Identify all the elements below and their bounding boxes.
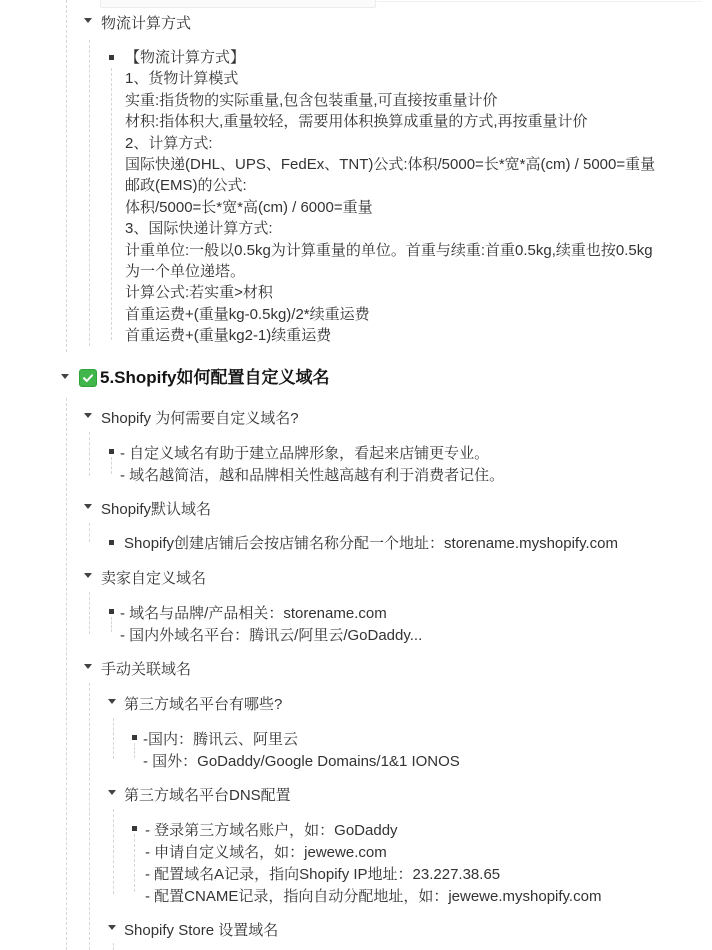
collapse-triangle-icon[interactable] (84, 664, 92, 669)
guide-line-root-top (66, 0, 67, 352)
collapse-triangle-icon[interactable] (84, 18, 92, 23)
node-title-third-party-platforms[interactable]: 第三方域名平台有哪些? (124, 694, 282, 715)
cutoff-content-above (100, 0, 376, 8)
text-line[interactable]: 3、国际快递计算方式: (125, 218, 655, 239)
text-line[interactable]: 【物流计算方式】 (125, 47, 655, 68)
node-note-why[interactable]: - 自定义域名有助于建立品牌形象，看起来店铺更专业。- 域名越简洁，越和品牌相关… (120, 443, 504, 487)
collapse-triangle-icon[interactable] (84, 504, 92, 509)
collapse-triangle-icon[interactable] (108, 699, 116, 704)
collapse-triangle-icon[interactable] (108, 925, 116, 930)
node-title-dns-config[interactable]: 第三方域名平台DNS配置 (124, 785, 291, 806)
text-line[interactable]: - 申请自定义域名，如：jewewe.com (145, 842, 601, 864)
bullet-icon[interactable] (109, 609, 114, 614)
text-line[interactable]: - 域名越简洁，越和品牌相关性越高越有利于消费者记住。 (120, 465, 504, 487)
text-line[interactable]: 首重运费+(重量kg-0.5kg)/2*续重运费 (125, 304, 655, 325)
collapse-triangle-icon[interactable] (108, 790, 116, 795)
checked-checkbox-icon[interactable] (79, 369, 97, 387)
guide-line-why-children (89, 432, 90, 476)
collapse-triangle-icon[interactable] (84, 413, 92, 418)
guide-line-why-note (111, 457, 112, 474)
text-line[interactable]: - 自定义域名有助于建立品牌形象，看起来店铺更专业。 (120, 443, 504, 465)
bullet-icon[interactable] (132, 826, 137, 831)
node-title-logistics[interactable]: 物流计算方式 (101, 13, 191, 34)
guide-line-logistics-body (111, 68, 112, 340)
text-line[interactable]: 国际快递(DHL、UPS、FedEx、TNT)公式:体积/5000=长*宽*高(… (125, 154, 655, 175)
text-line[interactable]: - 国外：GoDaddy/Google Domains/1&1 IONOS (143, 751, 460, 773)
node-heading-shopify[interactable]: 5.Shopify如何配置自定义域名 (79, 367, 330, 389)
guide-line-dns-children (113, 809, 114, 894)
node-body-logistics[interactable]: 【物流计算方式】1、货物计算模式实重:指货物的实际重量,包含包装重量,可直接按重… (125, 47, 655, 347)
collapse-triangle-icon[interactable] (61, 374, 69, 379)
guide-line-store-children-stub (113, 943, 114, 950)
guide-line-dns-note (134, 834, 135, 892)
text-line[interactable]: 1、货物计算模式 (125, 68, 655, 89)
node-note-dns-config[interactable]: - 登录第三方域名账户，如：GoDaddy- 申请自定义域名，如：jewewe.… (145, 820, 601, 908)
text-line[interactable]: - 配置CNAME记录，指向自动分配地址，如：jewewe.myshopify.… (145, 886, 601, 908)
text-line[interactable]: 计算公式:若实重>材积 (125, 282, 655, 303)
node-title-default-domain[interactable]: Shopify默认域名 (101, 499, 211, 520)
text-line[interactable]: - 登录第三方域名账户，如：GoDaddy (145, 820, 601, 842)
text-line[interactable]: 首重运费+(重量kg2-1)续重运费 (125, 325, 655, 346)
node-title-why[interactable]: Shopify 为何需要自定义域名? (101, 408, 299, 429)
guide-line-shopify-children (66, 398, 67, 950)
bullet-icon[interactable] (109, 449, 114, 454)
guide-line-seller-note (111, 617, 112, 632)
bullet-icon[interactable] (109, 540, 114, 545)
node-title-manual-link[interactable]: 手动关联域名 (101, 659, 191, 680)
text-line[interactable]: 材积:指体积大,重量较轻，需要用体积换算成重量的方式,再按重量计价 (125, 111, 655, 132)
text-line[interactable]: - 国内外域名平台：腾讯云/阿里云/GoDaddy... (120, 625, 422, 647)
node-note-seller-custom[interactable]: - 域名与品牌/产品相关：storename.com- 国内外域名平台：腾讯云/… (120, 603, 422, 647)
node-title-seller-custom[interactable]: 卖家自定义域名 (101, 568, 206, 589)
text-line[interactable]: 邮政(EMS)的公式: (125, 175, 655, 196)
guide-line-seller-children (89, 592, 90, 634)
node-note-default-domain[interactable]: Shopify创建店铺后会按店铺名称分配一个地址：storename.mysho… (124, 533, 618, 555)
text-line[interactable]: -国内：腾讯云、阿里云 (143, 729, 460, 751)
bullet-icon[interactable] (109, 55, 114, 60)
guide-line-default-children (89, 523, 90, 542)
node-title-store-setting[interactable]: Shopify Store 设置域名 (124, 920, 278, 941)
text-line[interactable]: 体积/5000=长*宽*高(cm) / 6000=重量 (125, 197, 655, 218)
collapse-triangle-icon[interactable] (84, 573, 92, 578)
text-line[interactable]: 为一个单位递塔。 (125, 261, 655, 282)
text-line[interactable]: - 域名与品牌/产品相关：storename.com (120, 603, 422, 625)
text-line[interactable]: - 配置域名A记录，指向Shopify IP地址：23.227.38.65 (145, 864, 601, 886)
guide-line-logistics-children (89, 40, 90, 346)
guide-line-manual-children (89, 683, 90, 950)
text-line[interactable]: 实重:指货物的实际重量,包含包装重量,可直接按重量计价 (125, 90, 655, 111)
cutoff-content-line (377, 1, 702, 2)
bullet-icon[interactable] (132, 735, 137, 740)
text-line[interactable]: 计重单位:一般以0.5kg为计算重量的单位。首重与续重:首重0.5kg,续重也按… (125, 240, 655, 261)
outline-document: 物流计算方式 【物流计算方式】1、货物计算模式实重:指货物的实际重量,包含包装重… (0, 0, 712, 950)
guide-line-platforms-note (134, 743, 135, 758)
node-note-third-party-platforms[interactable]: -国内：腾讯云、阿里云- 国外：GoDaddy/Google Domains/1… (143, 729, 460, 773)
guide-line-platforms-children (113, 718, 114, 759)
heading-title[interactable]: 5.Shopify如何配置自定义域名 (100, 367, 330, 389)
text-line[interactable]: Shopify创建店铺后会按店铺名称分配一个地址：storename.mysho… (124, 533, 618, 555)
text-line[interactable]: 2、计算方式: (125, 133, 655, 154)
